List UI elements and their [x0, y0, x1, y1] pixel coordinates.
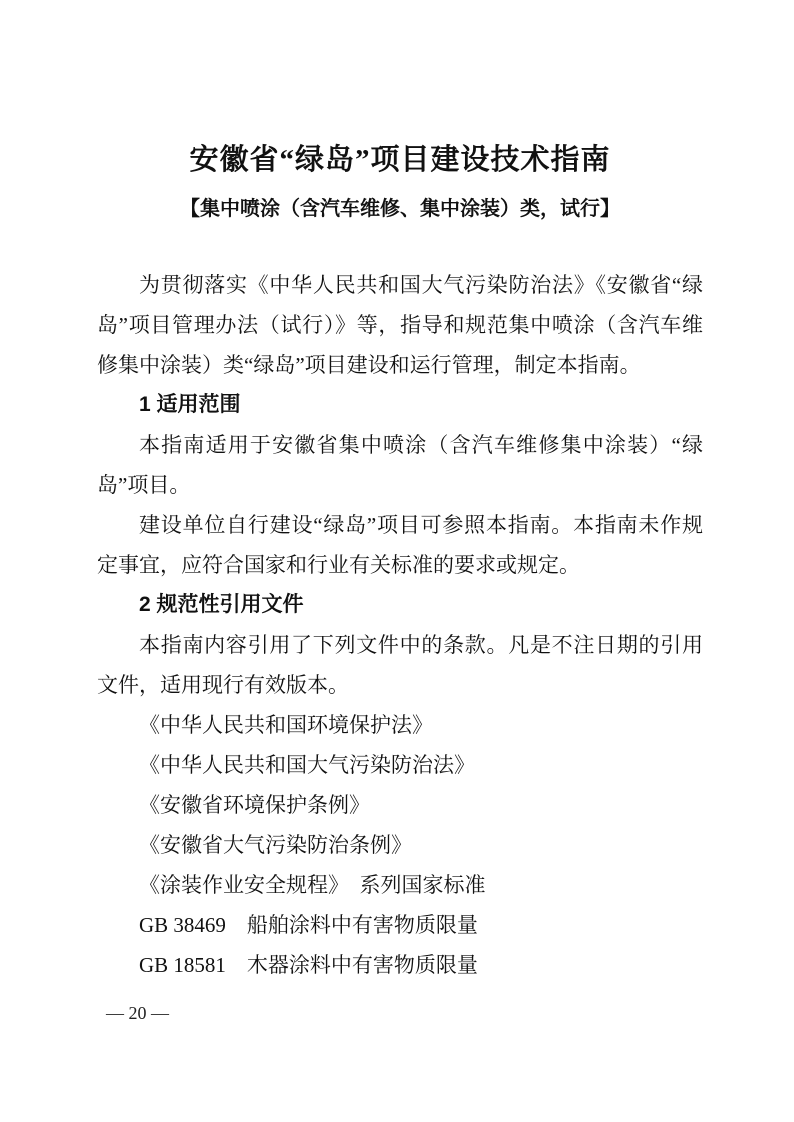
- section-2-heading: 2 规范性引用文件: [97, 585, 703, 625]
- page-number: — 20 —: [106, 999, 169, 1027]
- reference-item-6: GB 38469 船舶涂料中有害物质限量: [97, 905, 703, 945]
- section-1-paragraph-2: 建设单位自行建设“绿岛”项目可参照本指南。本指南未作规定事宜，应符合国家和行业有…: [97, 505, 703, 585]
- document-subtitle: 【集中喷涂（含汽车维修、集中涂装）类，试行】: [97, 195, 703, 223]
- document-page: 安徽省“绿岛”项目建设技术指南 【集中喷涂（含汽车维修、集中涂装）类，试行】 为…: [0, 0, 794, 1122]
- reference-item-7: GB 18581 木器涂料中有害物质限量: [97, 945, 703, 985]
- reference-item-3: 《安徽省环境保护条例》: [97, 785, 703, 825]
- section-2-paragraph-1: 本指南内容引用了下列文件中的条款。凡是不注日期的引用文件，适用现行有效版本。: [97, 625, 703, 705]
- section-1-heading: 1 适用范围: [97, 385, 703, 425]
- reference-item-4: 《安徽省大气污染防治条例》: [97, 825, 703, 865]
- reference-item-5: 《涂装作业安全规程》 系列国家标准: [97, 865, 703, 905]
- document-content: 安徽省“绿岛”项目建设技术指南 【集中喷涂（含汽车维修、集中涂装）类，试行】 为…: [97, 141, 703, 985]
- reference-item-2: 《中华人民共和国大气污染防治法》: [97, 745, 703, 785]
- intro-paragraph: 为贯彻落实《中华人民共和国大气污染防治法》《安徽省“绿岛”项目管理办法（试行）》…: [97, 265, 703, 385]
- reference-item-1: 《中华人民共和国环境保护法》: [97, 705, 703, 745]
- section-1-paragraph-1: 本指南适用于安徽省集中喷涂（含汽车维修集中涂装）“绿岛”项目。: [97, 425, 703, 505]
- document-body: 为贯彻落实《中华人民共和国大气污染防治法》《安徽省“绿岛”项目管理办法（试行）》…: [97, 265, 703, 985]
- document-title: 安徽省“绿岛”项目建设技术指南: [97, 141, 703, 179]
